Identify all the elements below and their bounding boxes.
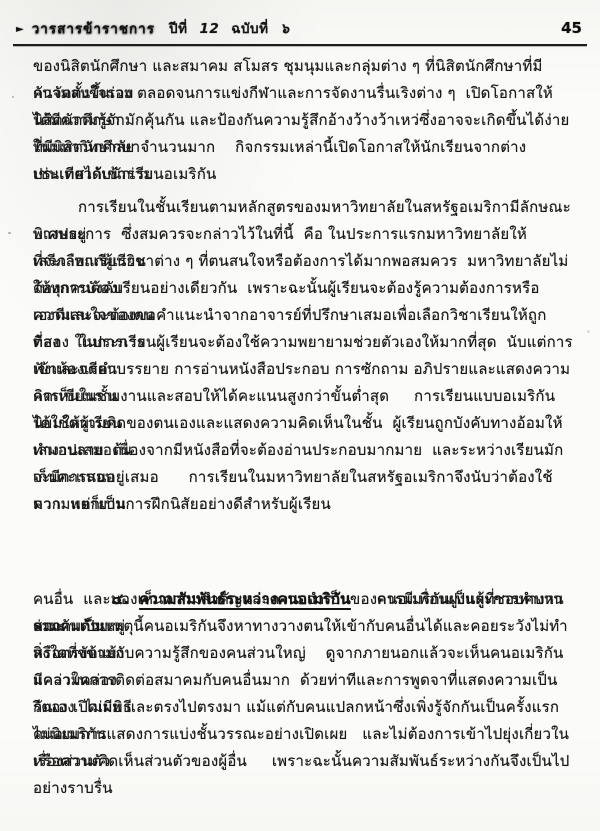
text-line: เช่นเดียวกับนักเรียนอเมริกัน — [33, 161, 573, 188]
text-line: บางประการ ซึ่งสมควรจะกล่าวไว้ในที่นี้ คื… — [33, 221, 573, 248]
header-divider — [13, 44, 587, 46]
page-number: 45 — [561, 19, 582, 37]
text-line: ที่สอง ในการเรียนผู้เรียนจะต้องใช้ความพย… — [33, 329, 573, 356]
page-body: ของนิสิตนักศึกษา และสมาคม สโมสร ชุมนุมแล… — [33, 53, 573, 775]
photocopy-speck — [8, 232, 11, 234]
photocopy-speck — [12, 96, 14, 98]
text-line: หรือตรงข้ามกับความรู้สึกของคนส่วนใหญ่ ดู… — [33, 640, 573, 667]
section-4-paragraph: ๔.ความสัมพันธ์ระหว่างคนอเมริกันคนอเมริกั… — [33, 559, 573, 775]
volume-label: ปีที่ — [169, 17, 187, 39]
text-line: แคล่วในการติดต่อสมาคมกับคนอื่นมาก ด้วยท่… — [33, 667, 573, 694]
text-line: เก็บคะแนนอยู่เสมอ การเรียนในมหาวิทยาลัยใ… — [33, 464, 573, 491]
text-line: ที่มีนิสิตนักศึกษาจำนวนมาก กิจกรรมเหล่าน… — [33, 134, 573, 161]
text-line: ให้ทุกคนต้องเรียนอย่างเดียวกัน เพราะฉะนั… — [33, 275, 573, 302]
text-line: ฟังและจดคำบรรยาย การอ่านหนังสือประกอบ กา… — [33, 356, 573, 383]
text-line: รีตอง เปิดเผย และตรงไปตรงมา แม้แต่กับคนแ… — [33, 694, 573, 721]
text-line: หรือความคิดเห็นส่วนตัวของผู้อื่น เพราะฉะ… — [33, 748, 573, 775]
text-line: เสมอปลาย เนื่องจากมีหนังสือที่จะต้องอ่าน… — [33, 437, 573, 464]
paragraph-university-study: การเรียนในชั้นเรียนตามหลักสูตรของมหาวิทย… — [33, 194, 573, 518]
text-line: ที่จะเลือกเรียนวิชาต่าง ๆ ที่ตนสนใจหรือต… — [33, 248, 573, 275]
text-line: ไม่นิยมการแสดงการแบ่งชั้นวรรณะอย่างเปิดเ… — [33, 721, 573, 748]
page-header: ► วารสารข้าราชการ ปีที่ 12 ฉบับที่ ๖ 45 — [16, 17, 582, 39]
scanned-journal-page: ► วารสารข้าราชการ ปีที่ 12 ฉบับที่ ๖ 45 … — [0, 0, 600, 831]
text-line: ได้มีความรู้จักมักคุ้นกัน และป้องกันความ… — [33, 107, 573, 134]
paragraph-continuation: ของนิสิตนักศึกษา และสมาคม สโมสร ชุมนุมแล… — [33, 53, 573, 188]
text-line: คณะ ด้วยเหตุนี้คนอเมริกันจึงหาทางวางตนให… — [33, 613, 573, 640]
section-heading-line: ๔.ความสัมพันธ์ระหว่างคนอเมริกันคนอเมริกั… — [33, 559, 573, 586]
journal-title: วารสารข้าราชการ — [32, 17, 155, 39]
arrow-ornament-icon: ► — [16, 24, 24, 35]
text-line: มาก แต่ก็เป็นการฝึกนิสัยอย่างดีสำหรับผู้… — [33, 491, 573, 518]
volume-number: 12 — [199, 21, 219, 37]
section-body-lines: คนอื่น และมองเห็นความสำคัญและความจำเป็นข… — [33, 586, 573, 775]
text-line: การเขียนรายงานและสอบให้ได้คะแนนสูงกว่าขั… — [33, 383, 573, 410]
text-line: กันจัดตั้งขึ้นเอง ตลอดจนการแข่งกีฬาและกา… — [33, 80, 573, 107]
issue-label: ฉบับที่ — [231, 17, 268, 39]
text-line: การเรียนในชั้นเรียนตามหลักสูตรของมหาวิทย… — [33, 194, 573, 221]
text-line: ได้ใช้ความคิดของตนเองและแสดงความคิดเห็นใ… — [33, 410, 573, 437]
issue-number: ๖ — [281, 17, 290, 39]
text-line: เองดีและจะต้องขอคำแนะนำจากอาจารย์ที่ปรึก… — [33, 302, 573, 329]
photocopy-speck — [587, 330, 590, 333]
text-line: ของนิสิตนักศึกษา และสมาคม สโมสร ชุมนุมแล… — [33, 53, 573, 80]
text-line: คนอื่น และมองเห็นความสำคัญและความจำเป็นข… — [33, 586, 573, 613]
